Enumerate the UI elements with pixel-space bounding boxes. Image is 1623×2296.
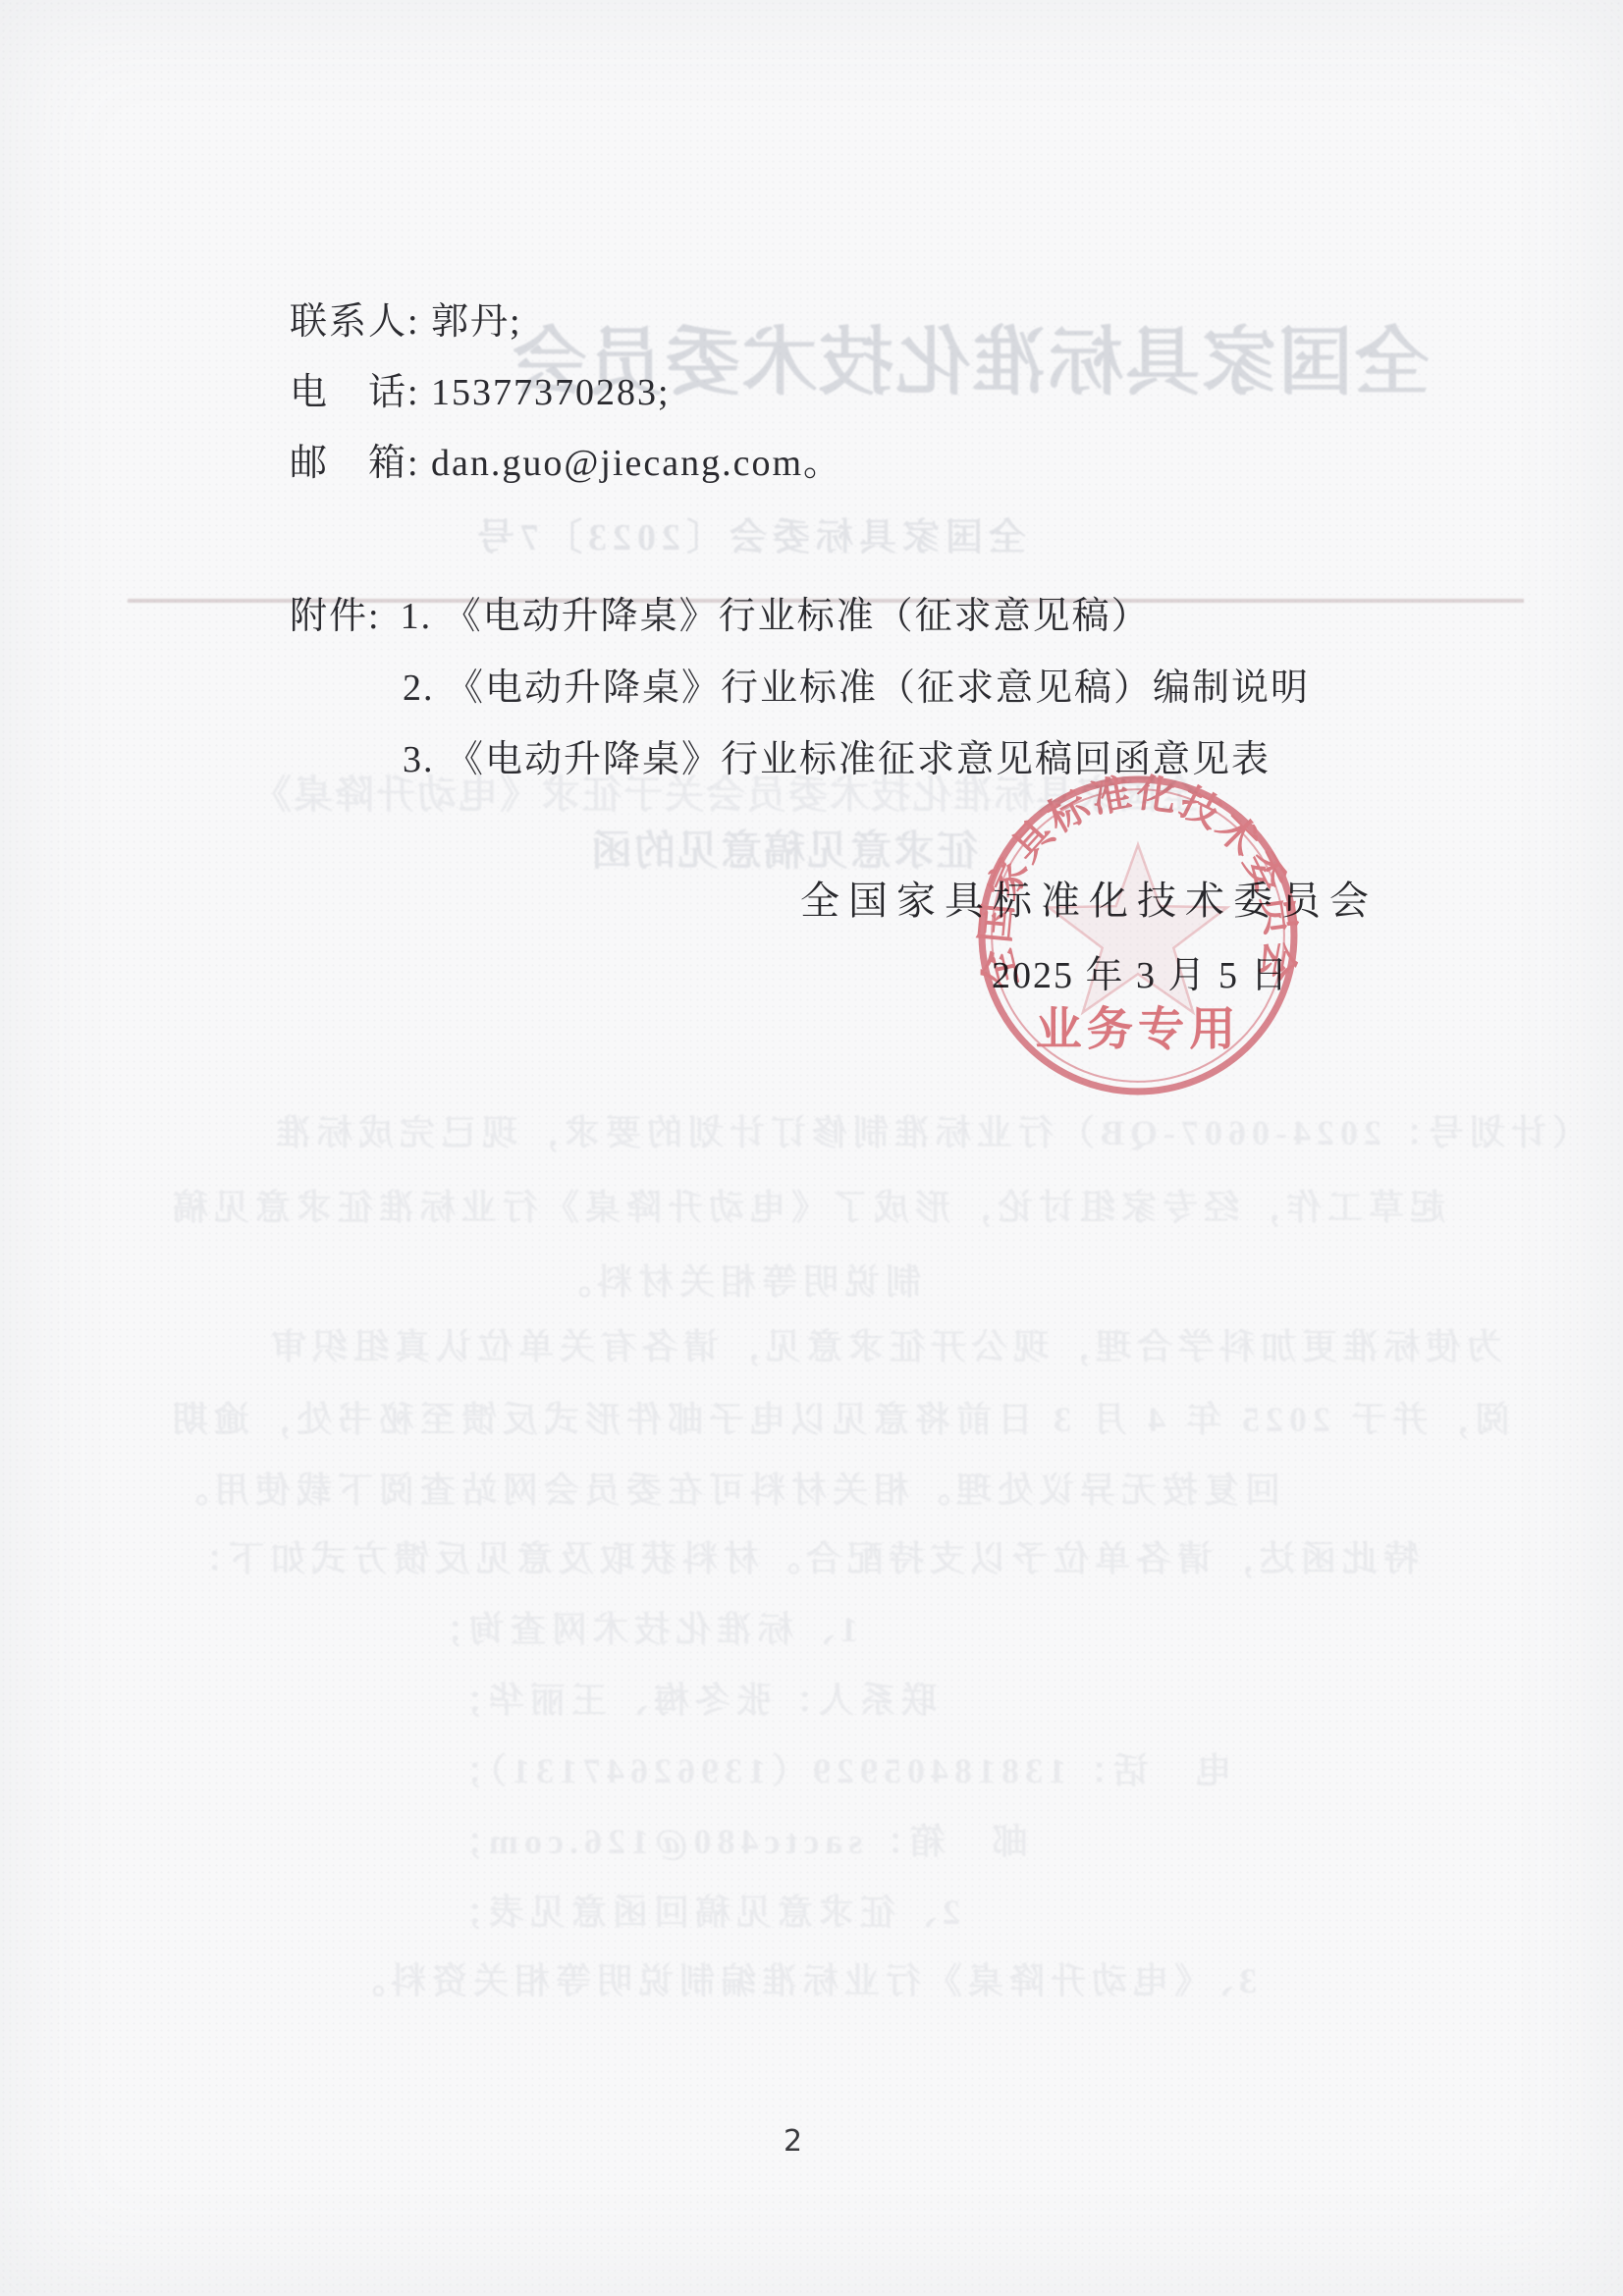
ghost-bleedthrough-line: 邮 箱：sactc480@126.com； bbox=[442, 1814, 1027, 1864]
seal-star-icon bbox=[1049, 844, 1227, 1012]
page-number: 2 bbox=[784, 2124, 802, 2159]
ghost-bleedthrough-line: 阅，并于 2025 年 4 月 3 日前将意见以电子邮件形式反馈至秘书处，逾期 bbox=[167, 1392, 1510, 1442]
official-seal: 全国家具标准化技术委员会 业务专用 bbox=[973, 773, 1303, 1102]
ghost-bleedthrough-line: （计划号：2024-0607-QB）行业标准制修订计划的要求，现已完成标准 bbox=[270, 1105, 1588, 1155]
ghost-bleedthrough-line: 2、征求意见稿回函意见表； bbox=[442, 1885, 960, 1935]
attachments-label: 附件: bbox=[290, 596, 381, 637]
contact-person-line: 联系人: 郭丹; bbox=[290, 291, 522, 345]
ghost-bleedthrough-line: 电 话：13818405929（13962647131）； bbox=[442, 1743, 1231, 1793]
ghost-bleedthrough-docket: 全国家具标委会〔2023〕7号 bbox=[471, 507, 1026, 561]
document-page: 全国家具标准化技术委员会 全国家具标委会〔2023〕7号 全国家具标准化技术委员… bbox=[0, 0, 1623, 2296]
ghost-bleedthrough-line: 联系人：张冬梅、王丽华； bbox=[442, 1673, 937, 1723]
seal-bottom-text: 业务专用 bbox=[1035, 1004, 1240, 1056]
ghost-bleedthrough-line: 制说明等相关材料。 bbox=[550, 1255, 921, 1305]
ghost-bleedthrough-line: 特此函达，请各单位予以支持配合。材料获取及意见反馈方式如下： bbox=[182, 1531, 1419, 1581]
contact-phone-line: 电 话: 15377370283; bbox=[290, 361, 671, 415]
ghost-bleedthrough-line: 1、标准化技术网查询； bbox=[422, 1602, 858, 1652]
ghost-bleedthrough-line: 起草工作，经专家组讨论，形成了《电动升降桌》行业标准征求意见稿 bbox=[167, 1180, 1445, 1230]
ghost-bleedthrough-line: 回复按无异议处理。相关材料可在委员会网站查阅下载使用。 bbox=[167, 1463, 1280, 1513]
ghost-bleedthrough-line: 3、《电动升降桌》行业标准编制说明等相关资料。 bbox=[344, 1953, 1257, 2003]
ghost-bleedthrough-heading-2: 征求意见稿意见的函 bbox=[589, 819, 978, 878]
attachment-item-2: 2. 《电动升降桌》行业标准（征求意见稿）编制说明 bbox=[403, 657, 1310, 711]
attachment-item-1: 1. 《电动升降桌》行业标准（征求意见稿） bbox=[401, 596, 1151, 637]
contact-email-line: 邮 箱: dan.guo@jiecang.com。 bbox=[290, 432, 842, 486]
ghost-bleedthrough-line: 为使标准更加科学合理，现公开征求意见，请各有关单位认真组织审 bbox=[265, 1319, 1502, 1369]
attachment-line-1: 附件:1. 《电动升降桌》行业标准（征求意见稿） bbox=[290, 585, 1151, 639]
